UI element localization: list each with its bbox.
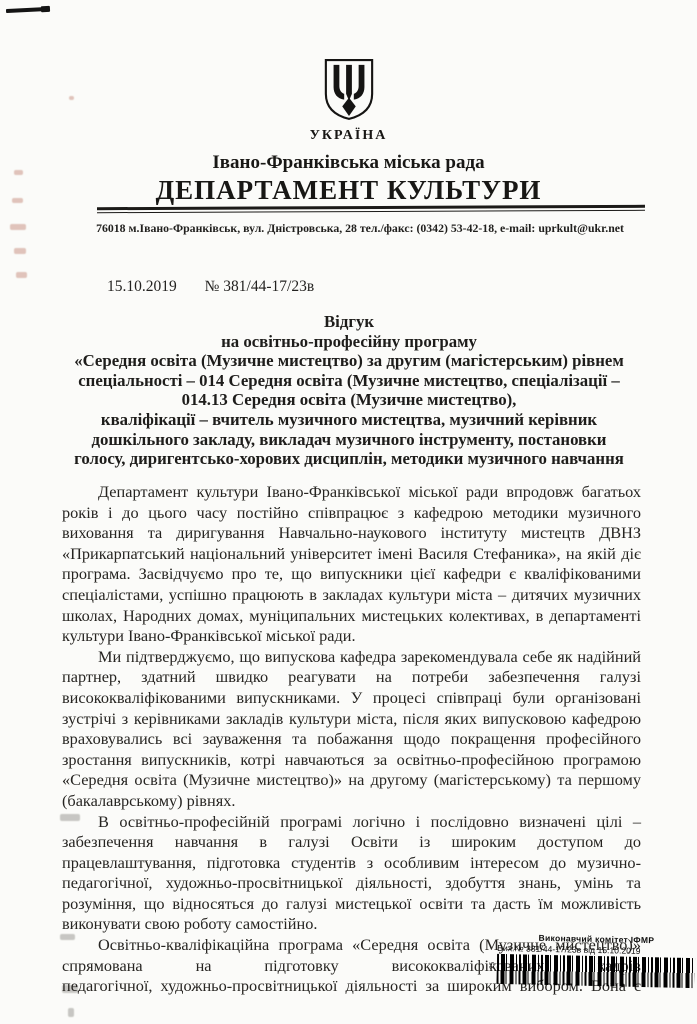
country-name: УКРАЇНА <box>0 128 697 144</box>
title-line: дошкільного закладу, викладач музичного … <box>59 430 639 450</box>
letterhead: УКРАЇНА Івано-Франківська міська рада ДЕ… <box>0 57 697 206</box>
title-line: Відгук <box>59 312 639 332</box>
scanned-document-page: УКРАЇНА Івано-Франківська міська рада ДЕ… <box>0 0 697 1024</box>
council-name: Івано-Франківська міська рада <box>0 152 697 174</box>
scan-artifact-top-line <box>6 7 48 13</box>
document-number: № 381/44-17/23в <box>205 278 315 295</box>
ukraine-trident-icon <box>322 57 376 126</box>
document-title: Відгук на освітньо-професійну програму «… <box>59 312 639 469</box>
body-paragraph: В освітньо-професійній програмі логічно … <box>62 812 641 936</box>
title-line: спеціальності – 014 Середня освіта (Музи… <box>59 371 639 391</box>
scan-artifact <box>68 1008 74 1017</box>
title-line: голосу, диригентсько-хорових дисциплін, … <box>59 449 639 469</box>
scan-artifact <box>14 248 26 254</box>
document-date: 15.10.2019 <box>107 278 177 295</box>
stamp-side-number: 25 <box>489 962 496 969</box>
registration-barcode-icon <box>496 954 695 988</box>
registration-stamp: Виконавчий комітет ІФМР Вих.№ 381/44-17/… <box>496 932 695 988</box>
scan-artifact <box>10 224 26 230</box>
department-name: ДЕПАРТАМЕНТ КУЛЬТУРИ <box>0 175 697 206</box>
title-line: кваліфікації – вчитель музичного мистецт… <box>59 410 639 430</box>
scan-artifact <box>16 272 27 278</box>
title-line: «Середня освіта (Музичне мистецтво) за д… <box>59 351 639 371</box>
body-paragraph: Департамент культури Івано-Франківської … <box>62 482 641 647</box>
letterhead-address: 76018 м.Івано-Франківськ, вул. Дністровс… <box>55 221 665 236</box>
letterhead-divider <box>97 205 645 213</box>
document-body: Департамент культури Івано-Франківської … <box>62 482 641 997</box>
title-line: на освітньо-професійну програму <box>59 332 639 352</box>
reference-line: 15.10.2019 № 381/44-17/23в <box>107 278 314 296</box>
body-paragraph: Ми підтверджуємо, що випускова кафедра з… <box>62 647 641 812</box>
title-line: 014.13 Середня освіта (Музичне мистецтво… <box>59 390 639 410</box>
